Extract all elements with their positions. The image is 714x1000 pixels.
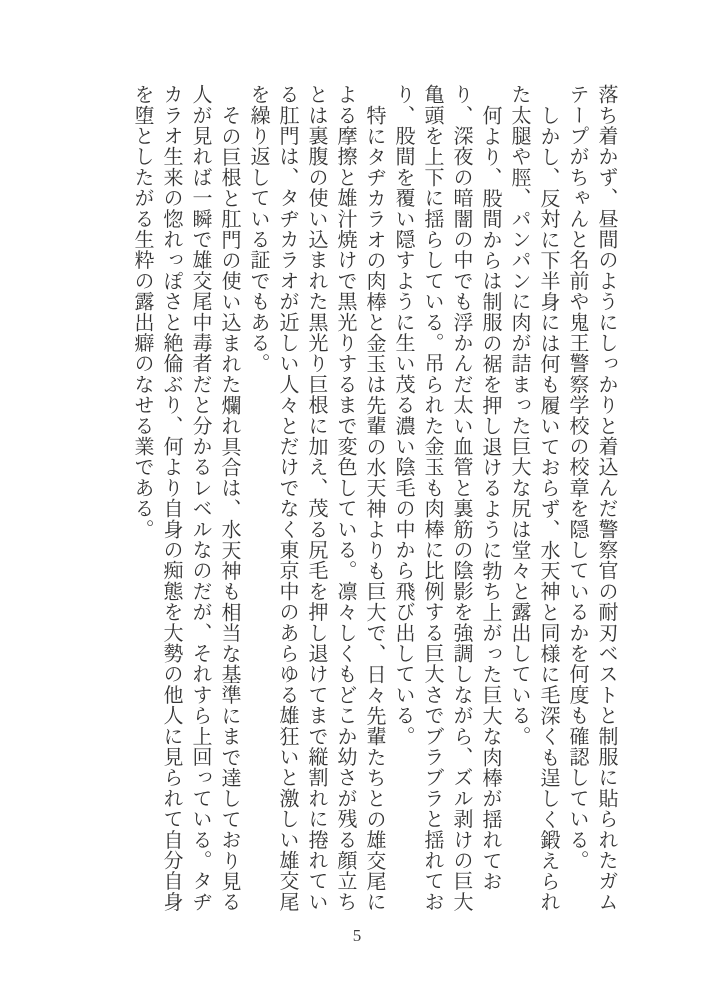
page-number: 5 (353, 926, 362, 946)
text-line: 特にタヂカラオの肉棒と金玉は先輩の水天神よりも巨大で、日々先輩たちとの雄交尾に (364, 84, 384, 920)
text-line: よる摩擦と雄汁焼けで黒光りするまで変色している。凛々しくもどこか幼さが残る顔立ち (335, 84, 355, 920)
text-line: を堕としたがる生粋の露出癖のなせる業である。 (132, 84, 152, 920)
text-line: り、股間を覆い隠すように生い茂る濃い陰毛の中から飛び出している。 (393, 84, 413, 920)
text-line: 亀頭を上下に揺らしている。吊られた金玉も肉棒に比例する巨大さでブラブラと揺れてお (422, 84, 442, 920)
text-line: 落ち着かず、昼間のようにしっかりと着込んだ警察官の耐刃ベストと制服に貼られたガム (596, 84, 616, 920)
text-line: 何より、股間からは制服の裾を押し退けるように勃ち上がった巨大な肉棒が揺れてお (480, 84, 500, 920)
text-line: 人が見れば一瞬で雄交尾中毒者だと分かるレベルなのだが、それすら上回っている。タヂ (190, 84, 210, 920)
text-line: しかし、反対に下半身には何も履いておらず、水天神と同様に毛深くも逞しく鍛えられ (538, 84, 558, 920)
text-line: とは裏腹の使い込まれた黒光り巨根に加え、茂る尻毛を押し退けてまで縦割れに捲れてい (306, 84, 326, 920)
text-line: テープがちゃんと名前や鬼王警察学校の校章を隠しているかを何度も確認している。 (567, 84, 587, 920)
text-line: カラオ生来の惚れっぽさと絶倫ぶり、何より自身の痴態を大勢の他人に見られて自分自身 (161, 84, 181, 920)
text-line: る肛門は、タヂカラオが近しい人々とだけでなく東京中のあらゆる雄狂いと激しい雄交尾 (277, 84, 297, 920)
body-text: 落ち着かず、昼間のようにしっかりと着込んだ警察官の耐刃ベストと制服に貼られたガム… (132, 84, 616, 920)
text-line: り、深夜の暗闇の中でも浮かんだ太い血管と裏筋の陰影を強調しながら、ズル剥けの巨大 (451, 84, 471, 920)
text-line: その巨根と肛門の使い込まれた爛れ具合は、水天神も相当な基準にまで達しており見る (219, 84, 239, 920)
text-line: を繰り返している証でもある。 (248, 84, 268, 920)
book-page: 落ち着かず、昼間のようにしっかりと着込んだ警察官の耐刃ベストと制服に貼られたガム… (0, 0, 714, 1000)
text-line: た太腿や脛、パンパンに肉が詰まった巨大な尻は堂々と露出している。 (509, 84, 529, 920)
